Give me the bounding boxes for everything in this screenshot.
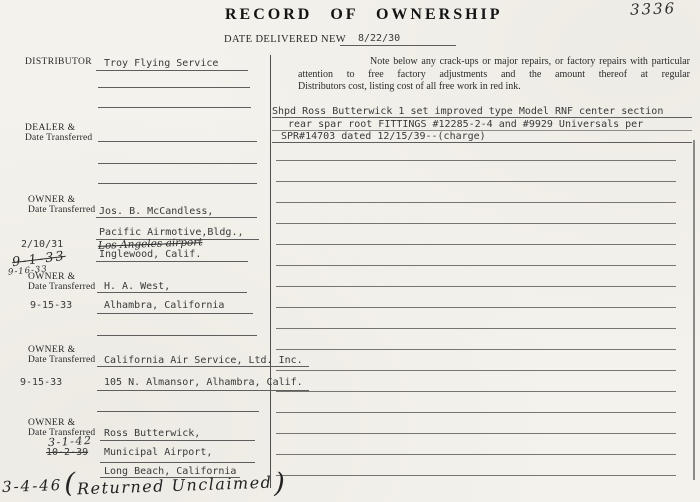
right-edge-line bbox=[693, 140, 695, 480]
dealer-label: DEALER & bbox=[25, 123, 75, 133]
date-delivered-value: 8/22/30 bbox=[358, 33, 400, 44]
owner1-sublabel: Date Transferred bbox=[28, 205, 95, 215]
owner3-label: OWNER & bbox=[28, 345, 75, 355]
repair-entry-line1: Shpd Ross Butterwick 1 set improved type… bbox=[272, 106, 663, 117]
underline bbox=[97, 390, 309, 391]
owner1-address2: Inglewood, Calif. bbox=[99, 249, 201, 260]
underline bbox=[96, 217, 257, 218]
underline bbox=[98, 107, 251, 108]
repairs-note-line: attention to free factory adjustments an… bbox=[298, 69, 690, 82]
underline bbox=[97, 292, 247, 293]
serial-number: 3336 bbox=[630, 0, 677, 19]
footer-close-paren: ) bbox=[274, 468, 285, 499]
underline bbox=[340, 45, 456, 46]
underline bbox=[97, 313, 253, 314]
underline bbox=[100, 440, 255, 441]
owner3-sublabel: Date Transferred bbox=[28, 355, 95, 365]
underline bbox=[96, 70, 248, 71]
owner2-sublabel: Date Transferred bbox=[28, 282, 95, 292]
owner2-label: OWNER & bbox=[28, 272, 75, 282]
underline bbox=[97, 411, 259, 412]
underline bbox=[97, 335, 257, 336]
underline bbox=[96, 261, 248, 262]
owner2-address: Alhambra, California bbox=[104, 300, 224, 311]
repairs-note: Note below any crack-ups or major repair… bbox=[298, 56, 690, 94]
owner4-address1: Municipal Airport, bbox=[104, 447, 212, 458]
column-divider bbox=[270, 55, 271, 488]
owner4-label: OWNER & bbox=[28, 418, 75, 428]
record-of-ownership-document: 3336 RECORD OF OWNERSHIP DATE DELIVERED … bbox=[0, 0, 700, 502]
underline bbox=[98, 87, 250, 88]
owner1-label: OWNER & bbox=[28, 195, 75, 205]
underline bbox=[98, 141, 257, 142]
dealer-sublabel: Date Transferred bbox=[25, 133, 92, 143]
footer-handwritten-note: 3-4-46 ( Returned Unclaimed ) bbox=[2, 470, 287, 501]
owner3-date: 9-15-33 bbox=[20, 377, 62, 388]
date-delivered-label: DATE DELIVERED NEW bbox=[224, 34, 346, 45]
owner2-name: H. A. West, bbox=[104, 281, 170, 292]
underline bbox=[98, 163, 257, 164]
footer-note-text: Returned Unclaimed bbox=[77, 473, 273, 499]
distributor-value: Troy Flying Service bbox=[104, 58, 218, 69]
repairs-note-line: Note below any crack-ups or major repair… bbox=[298, 56, 690, 69]
underline bbox=[98, 183, 257, 184]
underline bbox=[97, 366, 309, 367]
repairs-note-line: Distributors cost, listing cost of all f… bbox=[298, 81, 690, 94]
owner3-address: 105 N. Almansor, Alhambra, Calif. bbox=[104, 377, 303, 388]
distributor-label: DISTRIBUTOR bbox=[25, 57, 92, 67]
owner4-date-struck: 10-2-39 bbox=[46, 447, 88, 458]
underline bbox=[100, 462, 255, 463]
footer-open-paren: ( bbox=[64, 468, 75, 499]
page-title: RECORD OF OWNERSHIP bbox=[225, 6, 475, 24]
repair-entry-line2: rear spar root FITTINGS #12285-2-4 and #… bbox=[288, 119, 643, 130]
owner1-date: 2/10/31 bbox=[21, 239, 63, 250]
footer-date: 3-4-46 bbox=[2, 475, 63, 495]
owner3-name: California Air Service, Ltd. Inc. bbox=[104, 355, 303, 366]
owner2-date: 9-15-33 bbox=[30, 300, 72, 311]
underline bbox=[272, 117, 692, 118]
blank-ruled-lines bbox=[276, 140, 676, 478]
owner1-name: Jos. B. McCandless, bbox=[99, 206, 213, 217]
owner4-name: Ross Butterwick, bbox=[104, 428, 200, 439]
